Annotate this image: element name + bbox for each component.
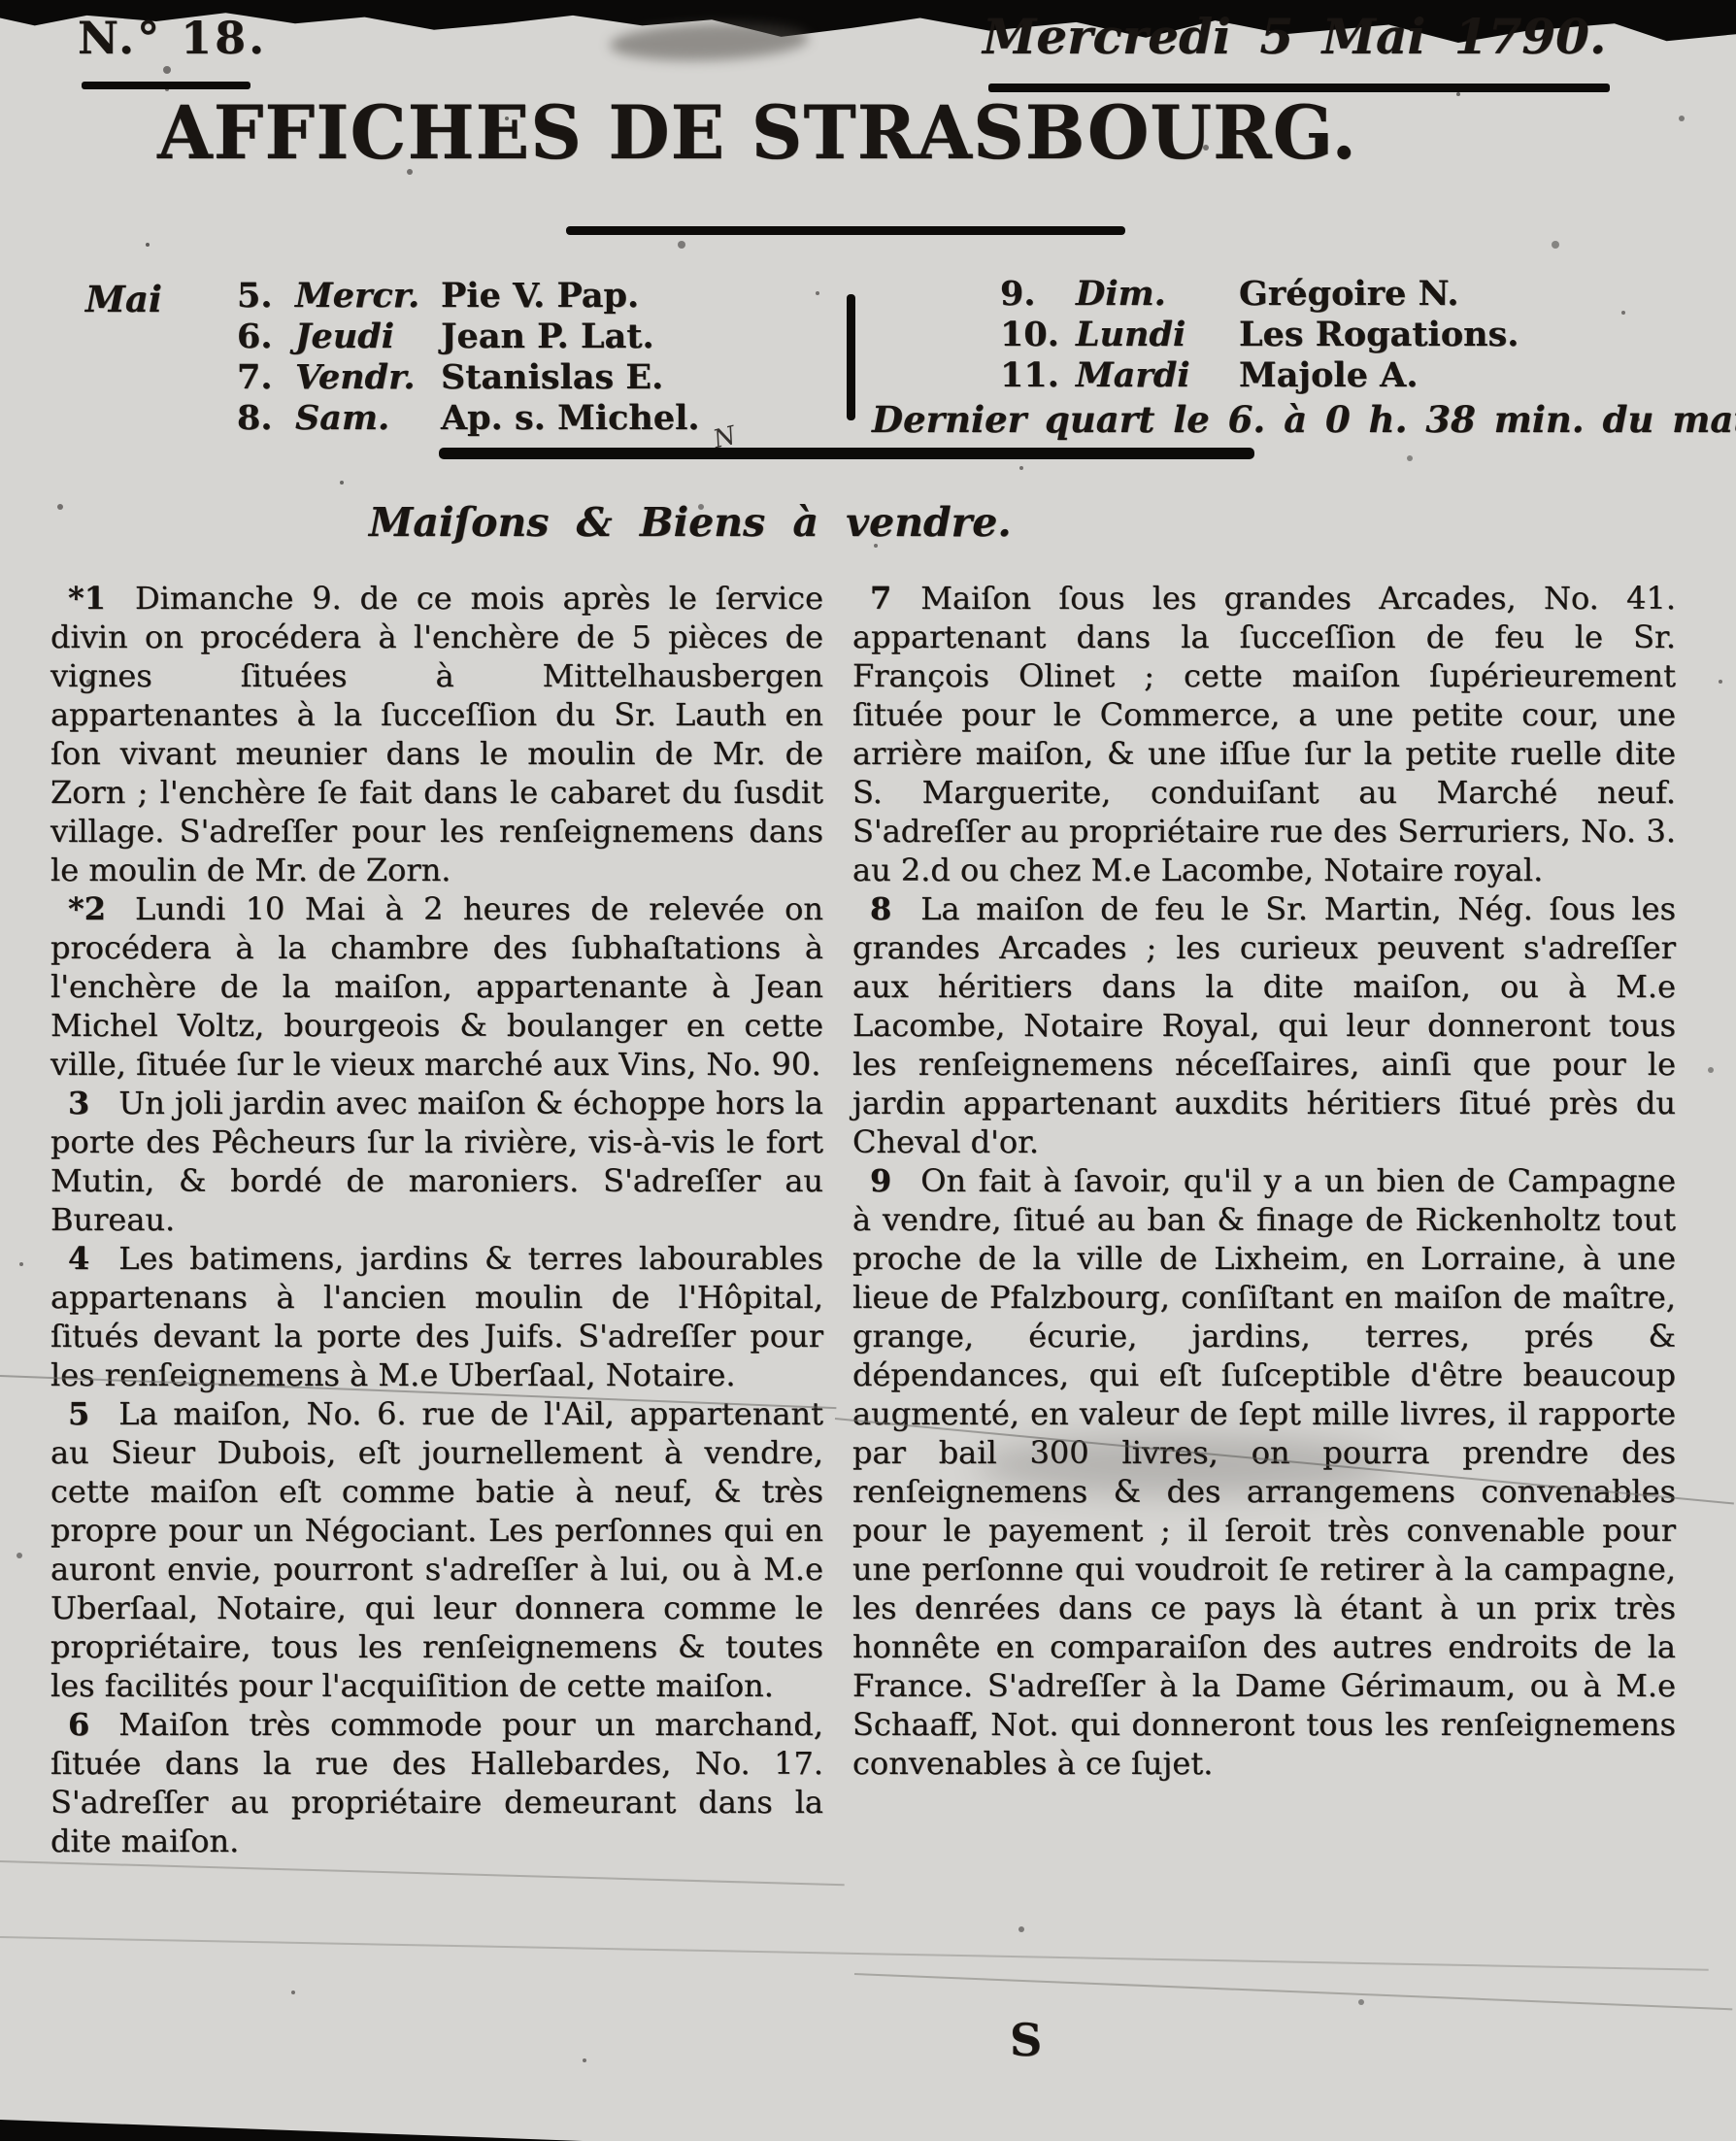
listing-marker: *2: [68, 889, 106, 928]
calendar-feast: Grégoire N.: [1239, 274, 1695, 314]
calendar-feast: Les Rogations.: [1239, 315, 1695, 354]
calendar-day-name: Vendr.: [295, 357, 441, 397]
title-underline: [566, 226, 1125, 235]
ink-speck-field: [146, 243, 150, 247]
calendar-day-name: Mardi: [1076, 355, 1239, 395]
calendar-row: 7. Vendr. Stanislas E.: [237, 357, 829, 398]
calendar-row: 11. Mardi Majole A.: [1000, 355, 1695, 396]
listing-text: Lundi 10 Mai à 2 heures de relevée on pr…: [50, 890, 823, 1083]
listing-item: *1Dimanche 9. de ce mois après le ſervic…: [50, 579, 823, 889]
calendar-feast: Stanislas E.: [441, 357, 829, 397]
listing-item: 8La maiſon de feu le Sr. Martin, Nég. ſo…: [852, 889, 1676, 1161]
calendar-row: 8. Sam. Ap. s. Michel.: [237, 398, 829, 439]
calendar-day-name: Lundi: [1076, 315, 1239, 354]
calendar-rule: [439, 448, 1254, 459]
calendar-day-name: Dim.: [1076, 274, 1239, 314]
listing-text: La maiſon, No. 6. rue de l'Ail, apparten…: [50, 1395, 823, 1704]
calendar-day-name: Mercr.: [295, 276, 441, 316]
calendar-feast: Pie V. Pap.: [441, 276, 829, 316]
listing-item: 5La maiſon, No. 6. rue de l'Ail, apparte…: [50, 1394, 823, 1705]
listing-text: Maiſon ſous les grandes Arcades, No. 41.…: [852, 580, 1676, 888]
scratch-line: [0, 1860, 845, 1886]
listing-text: Dimanche 9. de ce mois après le ſervice …: [50, 580, 823, 888]
calendar-day-number: 5.: [237, 276, 295, 316]
calendar-day-number: 7.: [237, 357, 295, 397]
calendar-row: 6. Jeudi Jean P. Lat.: [237, 317, 829, 357]
printer-signature-mark: S: [1010, 2014, 1042, 2066]
listing-marker: 7: [870, 579, 891, 618]
listing-item: 7Maiſon ſous les grandes Arcades, No. 41…: [852, 579, 1676, 889]
calendar-day-number: 8.: [237, 398, 295, 438]
issue-number: N.° 18.: [78, 12, 267, 64]
listing-marker: 9: [870, 1161, 891, 1200]
listing-marker: 6: [68, 1705, 89, 1744]
listing-marker: 8: [870, 889, 891, 928]
calendar-day-number: 9.: [1000, 274, 1076, 314]
listing-item: 6Maiſon très commode pour un marchand, ſ…: [50, 1705, 823, 1860]
calendar-divider-bar: [847, 294, 855, 420]
issue-number-underline: [82, 82, 250, 89]
calendar-right-column: 9. Dim. Grégoire N. 10. Lundi Les Rogati…: [1000, 274, 1695, 396]
scratch-line: [854, 1973, 1732, 2010]
calendar-row: 9. Dim. Grégoire N.: [1000, 274, 1695, 315]
listing-marker: 4: [68, 1239, 89, 1278]
listings-right-column: 7Maiſon ſous les grandes Arcades, No. 41…: [852, 579, 1676, 1783]
calendar-day-number: 10.: [1000, 315, 1076, 354]
faded-stamp-smudge: [609, 19, 809, 63]
calendar-row: 10. Lundi Les Rogations.: [1000, 315, 1695, 355]
overprint-smudge: [976, 1435, 1393, 1495]
calendar-month-label: Mai: [85, 278, 162, 320]
calendar-day-name: Jeudi: [295, 317, 441, 356]
listings-left-column: *1Dimanche 9. de ce mois après le ſervic…: [50, 579, 823, 1860]
calendar-row: 5. Mercr. Pie V. Pap.: [237, 276, 829, 317]
section-heading: Maiſons & Biens à vendre.: [369, 499, 847, 546]
scratch-line: [0, 1936, 1709, 1971]
calendar-day-number: 6.: [237, 317, 295, 356]
masthead-date: Mercredi 5 Mai 1790.: [983, 8, 1662, 65]
calendar-feast: Majole A.: [1239, 355, 1695, 395]
listing-marker: 5: [68, 1394, 89, 1433]
bottom-edge-scan-artifact: [0, 2120, 583, 2141]
listing-text: Les batimens, jardins & terres labourabl…: [50, 1240, 823, 1393]
listing-text: Maiſon très commode pour un marchand, ſi…: [50, 1706, 823, 1859]
calendar-feast: Jean P. Lat.: [441, 317, 829, 356]
listing-item: 3Un joli jardin avec maiſon & échoppe ho…: [50, 1084, 823, 1239]
calendar-feast: Ap. s. Michel.: [441, 398, 829, 438]
listing-item: 4Les batimens, jardins & terres labourab…: [50, 1239, 823, 1394]
calendar-day-name: Sam.: [295, 398, 441, 438]
paper-title: AFFICHES DE STRASBOURG.: [136, 89, 1379, 176]
calendar-left-column: 5. Mercr. Pie V. Pap. 6. Jeudi Jean P. L…: [237, 276, 829, 439]
listing-text: La maiſon de feu le Sr. Martin, Nég. ſou…: [852, 890, 1676, 1160]
listing-text: Un joli jardin avec maiſon & échoppe hor…: [50, 1085, 823, 1238]
listing-item: *2Lundi 10 Mai à 2 heures de relevée on …: [50, 889, 823, 1084]
calendar-day-number: 11.: [1000, 355, 1076, 395]
moon-phase-note: Dernier quart le 6. à 0 h. 38 min. du ma…: [872, 398, 1639, 441]
listing-marker: 3: [68, 1084, 89, 1122]
listing-marker: *1: [68, 579, 106, 618]
newspaper-page: N.° 18. Mercredi 5 Mai 1790. AFFICHES DE…: [0, 0, 1736, 2141]
